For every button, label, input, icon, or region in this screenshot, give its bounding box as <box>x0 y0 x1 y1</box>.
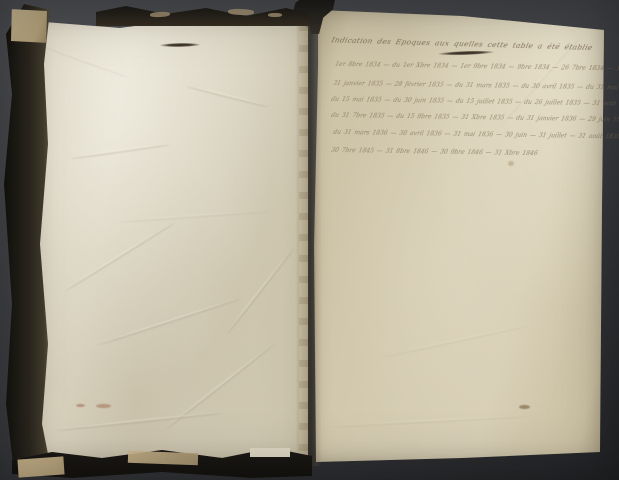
cardboard-chunk <box>128 451 198 465</box>
ink-smudge <box>519 405 530 409</box>
cardboard-corner-patch <box>9 7 49 46</box>
ink-smudge <box>76 404 85 407</box>
edge-fleck <box>268 13 282 17</box>
ink-smudge <box>96 404 111 408</box>
paper-chunk <box>250 448 290 457</box>
cardboard-chunk <box>17 456 64 477</box>
scanned-register-page: Indication des Epoques aux quelles cette… <box>0 0 619 480</box>
right-page <box>312 6 606 464</box>
page-stubs <box>299 10 308 460</box>
paper-stain <box>508 161 514 166</box>
left-page <box>30 12 308 464</box>
